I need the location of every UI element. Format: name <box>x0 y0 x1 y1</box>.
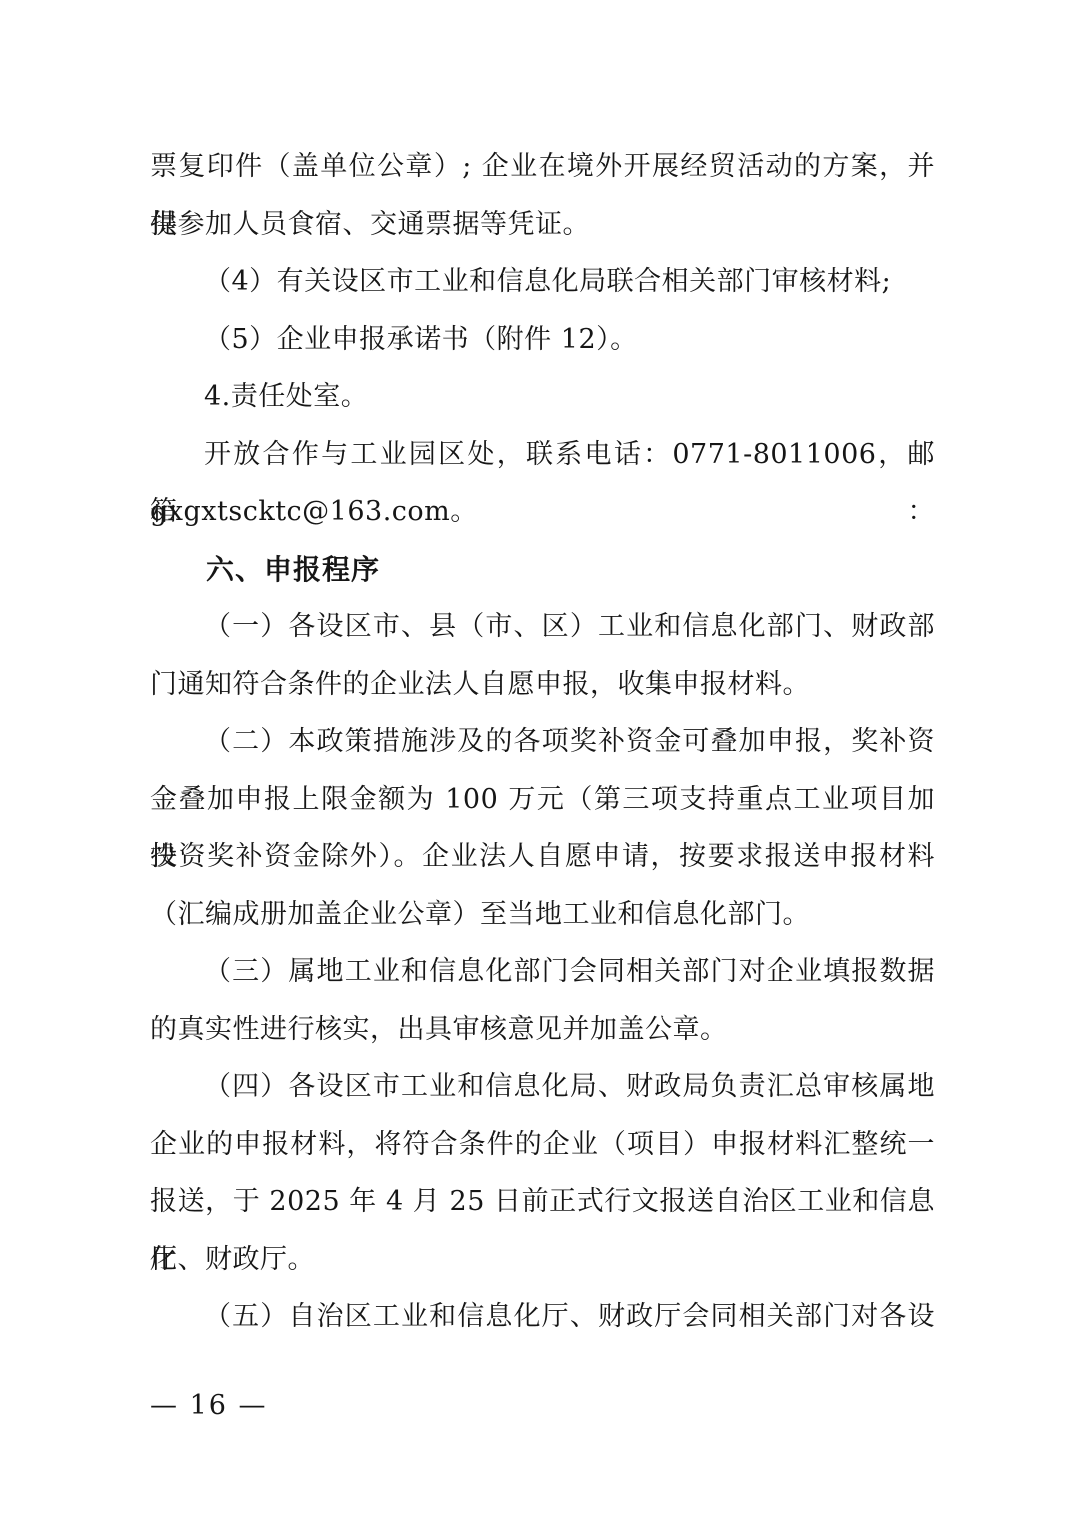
contact-line: 开放合作与工业园区处，联系电话：0771-8011006，邮箱： <box>150 426 935 484</box>
text-line: 厅、财政厅。 <box>150 1231 935 1289</box>
text-line: 门通知符合条件的企业法人自愿申报，收集申报材料。 <box>150 656 935 714</box>
text-line: 报送，于 2025 年 4 月 25 日前正式行文报送自治区工业和信息化 <box>150 1173 935 1231</box>
document-page: 票复印件（盖单位公章）; 企业在境外开展经贸活动的方案，并提 供参加人员食宿、交… <box>0 0 1074 1520</box>
document-body: 票复印件（盖单位公章）; 企业在境外开展经贸活动的方案，并提 供参加人员食宿、交… <box>150 138 935 1346</box>
page-number: — 16 — <box>150 1386 268 1426</box>
text-line: （四）各设区市工业和信息化局、财政局负责汇总审核属地 <box>150 1058 935 1116</box>
text-line: 金叠加申报上限金额为 100 万元（第三项支持重点工业项目加快 <box>150 771 935 829</box>
list-item-5: （5）企业申报承诺书（附件 12）。 <box>150 311 935 369</box>
text-line: 企业的申报材料，将符合条件的企业（项目）申报材料汇整统一 <box>150 1116 935 1174</box>
text-line: （汇编成册加盖企业公章）至当地工业和信息化部门。 <box>150 886 935 944</box>
section-heading: 六、申报程序 <box>150 541 935 599</box>
text-line: （一）各设区市、县（市、区）工业和信息化部门、财政部 <box>150 598 935 656</box>
text-line: （五）自治区工业和信息化厅、财政厅会同相关部门对各设 <box>150 1288 935 1346</box>
text-line: 票复印件（盖单位公章）; 企业在境外开展经贸活动的方案，并提 <box>150 138 935 196</box>
list-item-4: （4）有关设区市工业和信息化局联合相关部门审核材料; <box>150 253 935 311</box>
text-line: 投资奖补资金除外）。企业法人自愿申请，按要求报送申报材料 <box>150 828 935 886</box>
text-line: 供参加人员食宿、交通票据等凭证。 <box>150 196 935 254</box>
text-line: （二）本政策措施涉及的各项奖补资金可叠加申报，奖补资 <box>150 713 935 771</box>
list-item-duty: 4.责任处室。 <box>150 368 935 426</box>
text-line: 的真实性进行核实，出具审核意见并加盖公章。 <box>150 1001 935 1059</box>
text-line: （三）属地工业和信息化部门会同相关部门对企业填报数据 <box>150 943 935 1001</box>
